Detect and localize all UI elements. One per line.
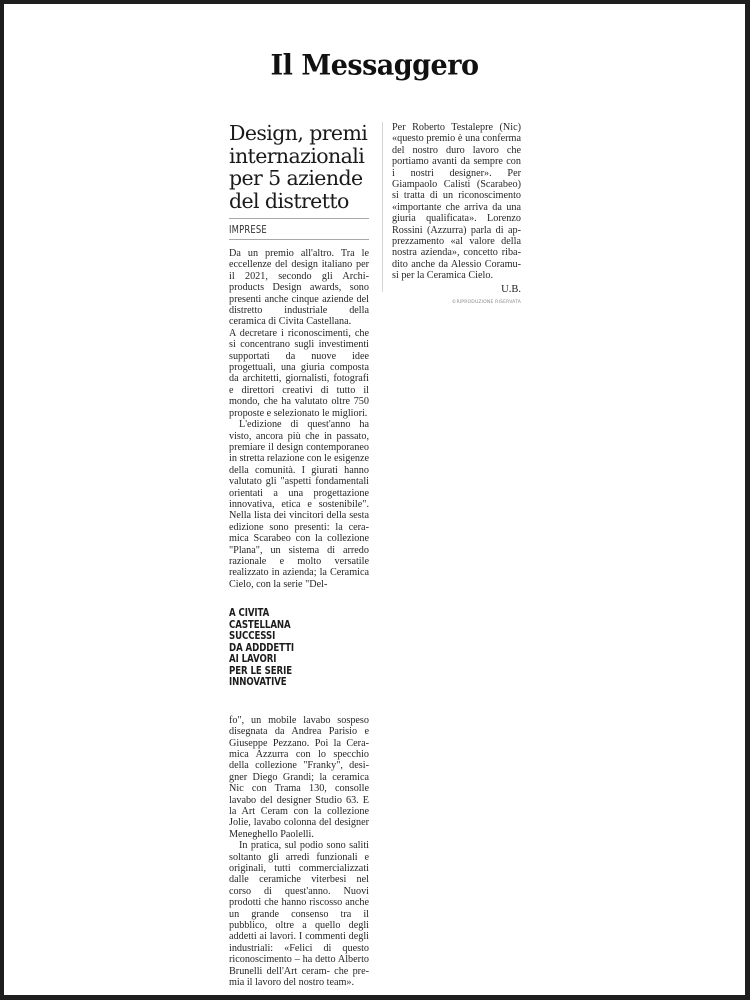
article-body-part-1: Da un premio all'altro. Tra le eccellenz… xyxy=(229,248,369,590)
article-headline: Design, premi internazionali per 5 azien… xyxy=(229,122,369,212)
paragraph: fo", un mobile lavabo sospeso disegnata … xyxy=(229,715,369,840)
section-rule-bottom xyxy=(229,239,369,240)
pull-quote: A CIVITA CASTELLANA SUCCESSI DA ADDDETTI… xyxy=(229,608,344,689)
masthead-logo: Il Messaggero xyxy=(4,49,745,82)
author-signature: U.B. xyxy=(392,284,521,295)
section-label: IMPRESE xyxy=(229,219,348,239)
paragraph: In pratica, sul podio sono sa­liti solta… xyxy=(229,840,369,988)
paragraph: A decretare i riconoscimenti, che si con… xyxy=(229,328,369,419)
article-column-2: Per Roberto Testalepre (Nic) «questo pre… xyxy=(392,122,521,305)
paragraph: Da un premio all'altro. Tra le eccellenz… xyxy=(229,248,369,328)
copyright-notice: ©RIPRODUZIONE RISERVATA xyxy=(392,300,521,305)
column-divider xyxy=(382,122,383,292)
paragraph: L'edizione di quest'anno ha visto, ancor… xyxy=(229,419,369,590)
article-body-part-2: fo", un mobile lavabo sospeso disegnata … xyxy=(229,715,369,989)
article-body-part-3: Per Roberto Testalepre (Nic) «questo pre… xyxy=(392,122,521,282)
paragraph: Per Roberto Testalepre (Nic) «questo pre… xyxy=(392,122,521,282)
newspaper-page: Il Messaggero Design, premi internaziona… xyxy=(4,4,745,995)
article-column-1: Design, premi internazionali per 5 azien… xyxy=(229,122,369,988)
